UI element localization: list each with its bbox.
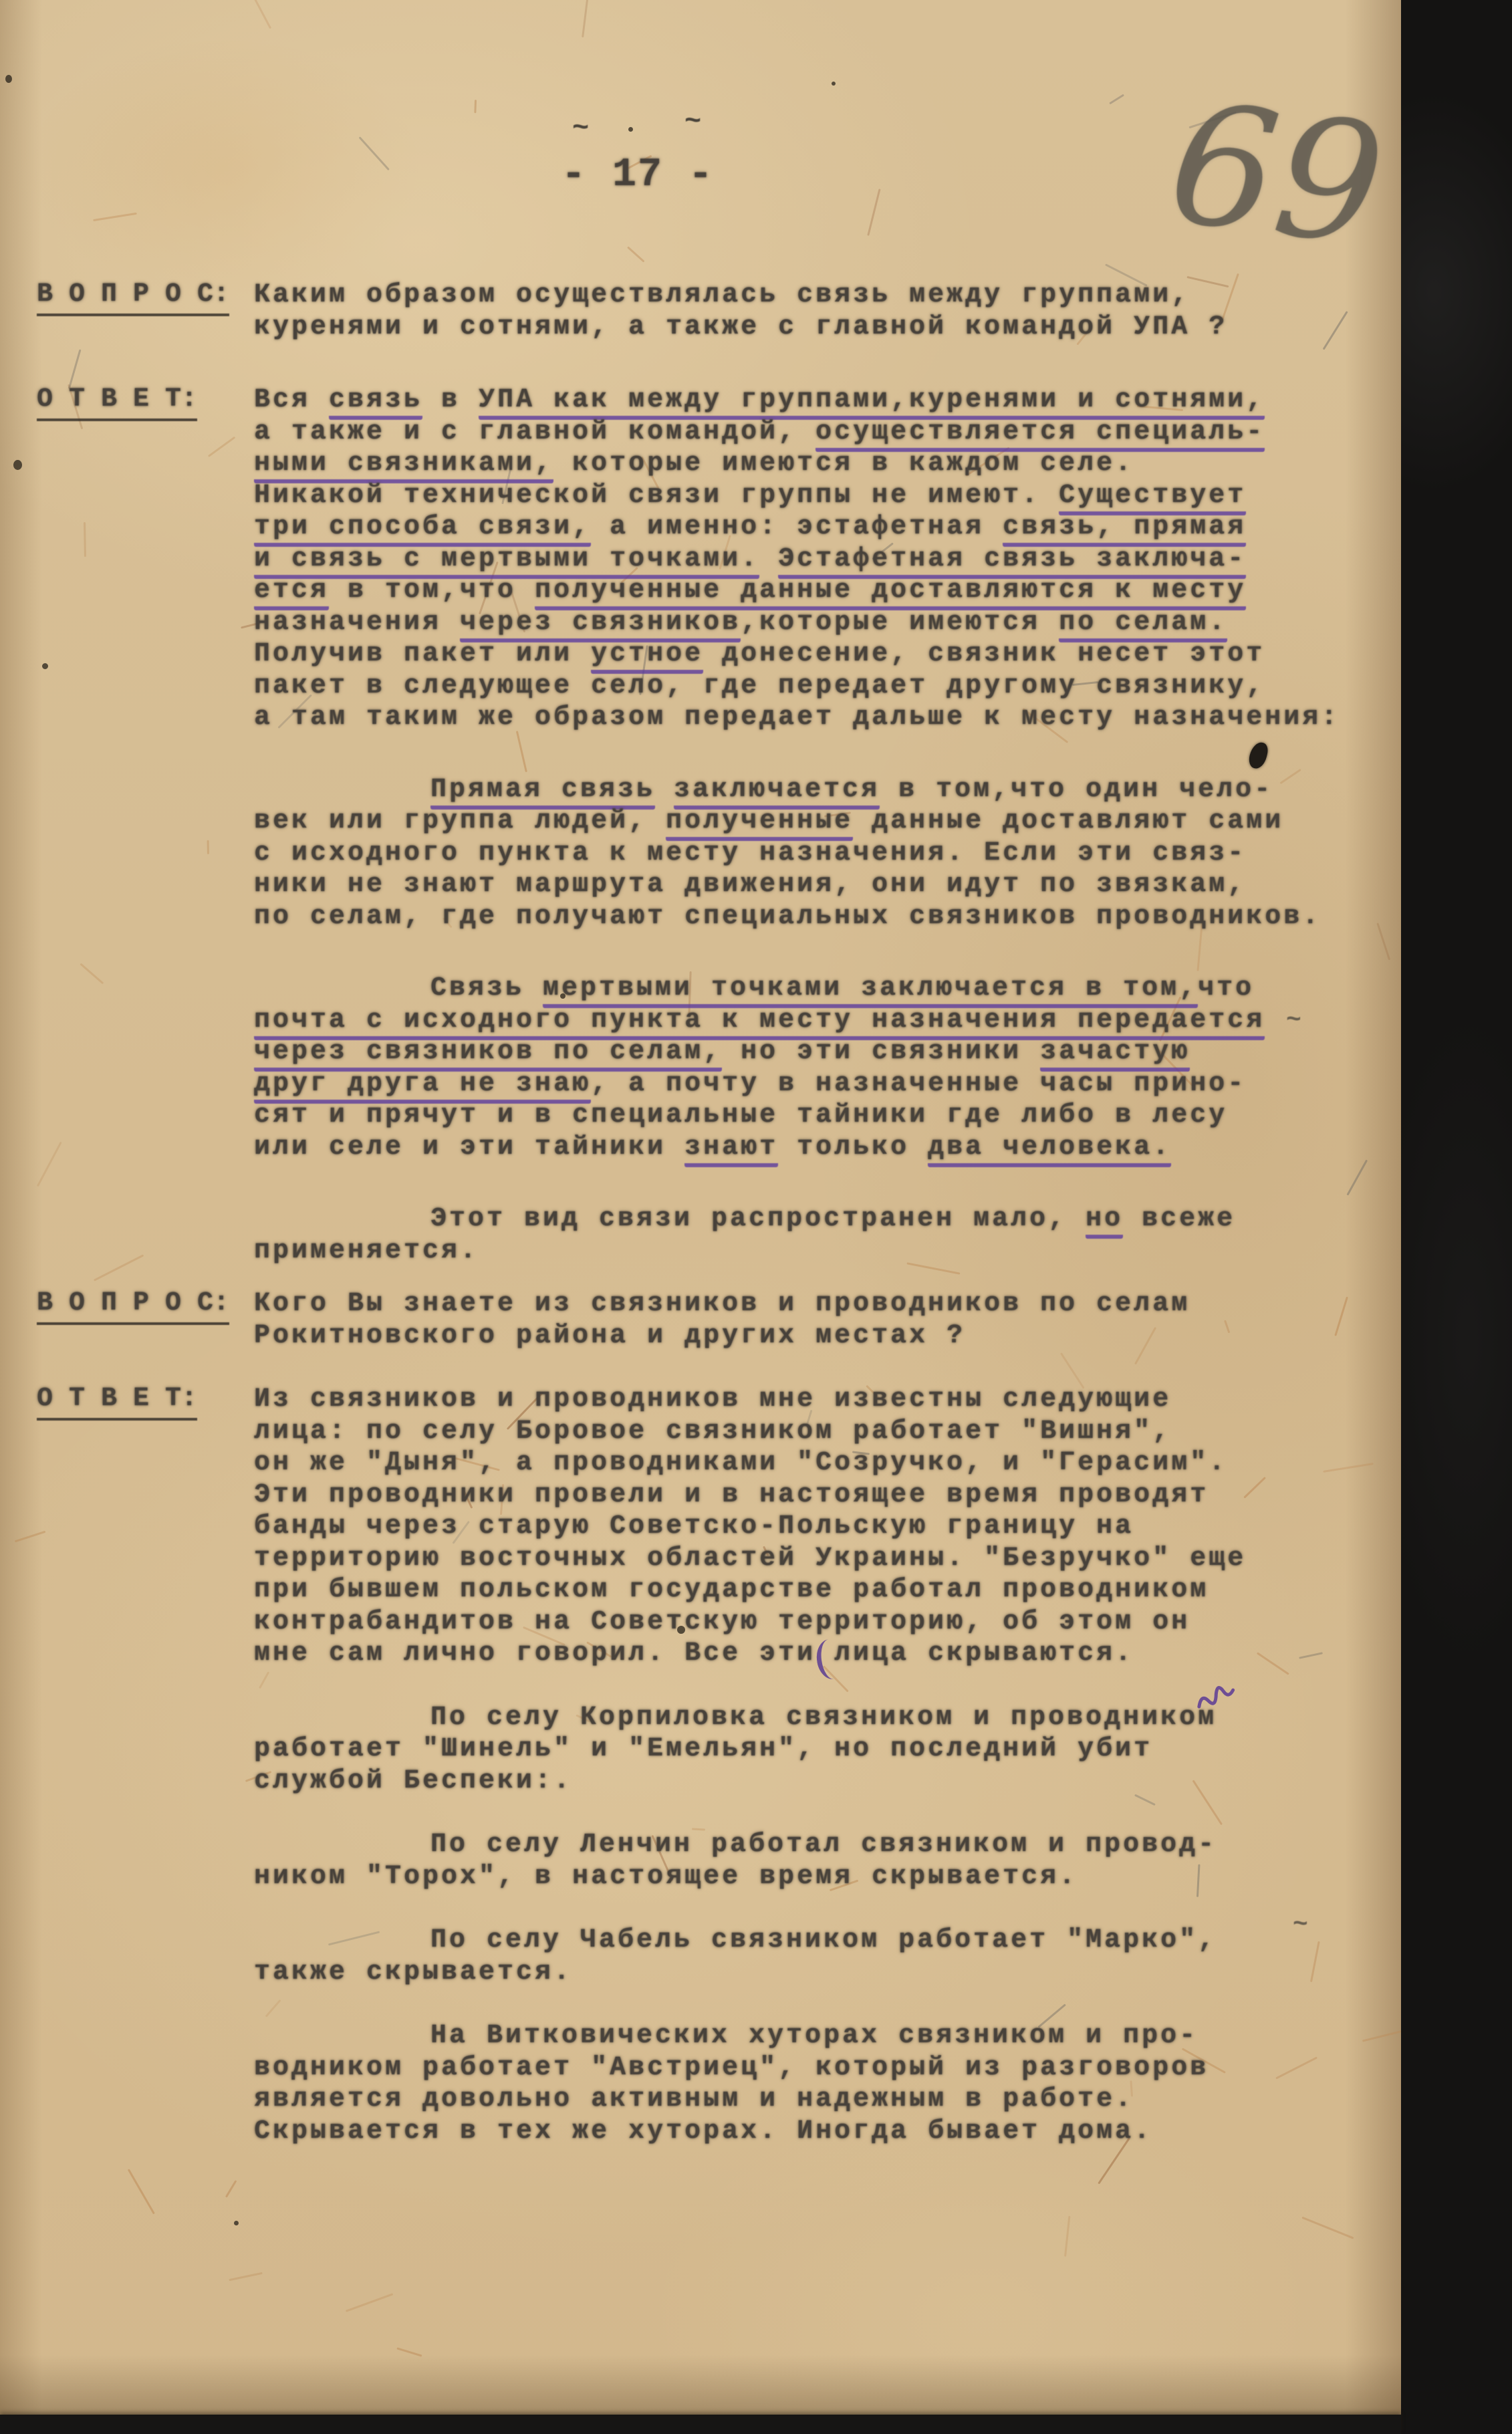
paper-sheet: ~ ~ - 17 - 69 В О П Р О С:Каким образом … xyxy=(0,0,1401,2415)
underlined-text: ными связниками, xyxy=(254,449,553,483)
typewritten-line: Получив пакет или устное донесение, связ… xyxy=(254,638,1365,671)
typewritten-line: Никакой технической связи группы не имею… xyxy=(254,480,1365,512)
text-run: , а почту в назначенные часы прино- xyxy=(591,1069,1246,1099)
underlined-text: мертвыми точками заключается в том, xyxy=(543,973,1198,1008)
text-run: лица: по селу Боровое связником работает… xyxy=(254,1417,1171,1447)
typewritten-line: три способа связи, а именно: эстафетная … xyxy=(254,511,1365,543)
paper-fiber xyxy=(582,0,589,37)
typewritten-line: ником "Торох", в настоящее время скрывае… xyxy=(254,1861,1365,1893)
answer-text: Вся связь в УПА как между группами,курен… xyxy=(254,384,1365,1267)
scanned-document-page: ~ ~ - 17 - 69 В О П Р О С:Каким образом … xyxy=(0,0,1512,2434)
underlined-text: через связников xyxy=(460,608,741,642)
text-run: по селам, где получают специальных связн… xyxy=(254,902,1321,932)
text-run: он же "Дыня", а проводниками "Созручко, … xyxy=(254,1448,1227,1478)
text-run: является довольно активным и надежным в … xyxy=(254,2084,1134,2114)
text-run: всеже xyxy=(1123,1204,1235,1234)
ink-speck xyxy=(677,1626,685,1634)
text-run: но эти связники xyxy=(722,1037,1040,1067)
underlined-text: Существует xyxy=(1059,481,1246,515)
text-run: а именно: эстафетная xyxy=(591,512,1003,542)
typewritten-line: территорию восточных областей Украины. "… xyxy=(254,1543,1365,1575)
paper-fiber xyxy=(397,2347,422,2356)
answer-section: О Т В Е Т:Вся связь в УПА как между груп… xyxy=(0,384,1401,1267)
question-label: В О П Р О С: xyxy=(37,279,229,316)
typewritten-line: По селу Чабель связником работает "Марко… xyxy=(254,1925,1365,1957)
paragraph: Этот вид связи распространен мало, но вс… xyxy=(254,1203,1365,1267)
question-text: Кого Вы знаете из связников и проводнико… xyxy=(254,1288,1365,1352)
typewritten-line: через связников по селам, но эти связник… xyxy=(254,1036,1365,1068)
text-run: данные доставляют сами xyxy=(853,806,1283,836)
question-label-column: В О П Р О С: xyxy=(0,1288,254,1325)
text-run: которые имеются в каждом селе. xyxy=(553,449,1134,479)
text-run: Из связников и проводников мне известны … xyxy=(254,1384,1171,1415)
typewritten-line: куренями и сотнями, а также с главной ко… xyxy=(254,312,1365,344)
text-run: Эти проводники провели и в настоящее вре… xyxy=(254,1480,1209,1510)
tilde-mark: ~ xyxy=(572,112,589,144)
underlined-text: ется xyxy=(254,576,329,610)
typewritten-line: Связь мертвыми точками заключается в том… xyxy=(254,973,1365,1005)
underlined-text: знают xyxy=(684,1132,778,1167)
text-run: а также и с главной командой, xyxy=(254,417,815,447)
typewritten-line: пакет в следующее село, где передает дру… xyxy=(254,671,1365,703)
text-run: применяется. xyxy=(254,1236,479,1266)
text-run: пакет в следующее село, где передает дру… xyxy=(254,671,1265,701)
underlined-text: Прямая связь xyxy=(430,775,655,810)
typewritten-line: лица: по селу Боровое связником работает… xyxy=(254,1416,1365,1448)
typewritten-line: ется в том,что полученные данные доставл… xyxy=(254,575,1365,607)
text-run xyxy=(759,544,778,574)
typewritten-line: назначения через связников,которые имеют… xyxy=(254,607,1365,639)
paragraph: Каким образом осуществлялась связь между… xyxy=(254,279,1365,343)
typewritten-line: На Витковических хуторах связником и про… xyxy=(254,2020,1365,2052)
tilde-mark: ~ xyxy=(684,106,701,138)
paper-fiber xyxy=(225,2180,237,2197)
paragraph: Прямая связь заключается в том,что один … xyxy=(254,774,1365,933)
underlined-text: зачастую xyxy=(1040,1037,1190,1072)
underlined-text: через связников по селам, xyxy=(254,1037,722,1072)
text-run: работает "Шинель" и "Емельян", но послед… xyxy=(254,1734,1152,1764)
text-run: По селу Корпиловка связником и проводник… xyxy=(430,1703,1217,1733)
underlined-text: связь xyxy=(329,385,422,420)
paragraph: Вся связь в УПА как между группами,курен… xyxy=(254,384,1365,734)
text-run: в том,что xyxy=(329,576,535,606)
answer-label-column: О Т В Е Т: xyxy=(0,1384,254,1421)
paragraph: Из связников и проводников мне известны … xyxy=(254,1384,1365,1670)
margin-tilde-mark: ~ xyxy=(1293,1911,1308,1939)
text-run: По селу Ленчин работал связником и прово… xyxy=(430,1830,1217,1860)
paragraph: По селу Корпиловка связником и проводник… xyxy=(254,1702,1365,1798)
text-run: территорию восточных областей Украины. "… xyxy=(254,1544,1246,1574)
paragraph: По селу Чабель связником работает "Марко… xyxy=(254,1925,1365,1988)
paragraph: Связь мертвыми точками заключается в том… xyxy=(254,973,1365,1163)
typewritten-line: Из связников и проводников мне известны … xyxy=(254,1384,1365,1416)
text-run: сят и прячут и в специальные тайники где… xyxy=(254,1100,1227,1130)
typewritten-line: Скрывается в тех же хуторах. Иногда быва… xyxy=(254,2116,1365,2148)
text-run: Связь xyxy=(430,973,543,1003)
typewritten-line: Эти проводники провели и в настоящее вре… xyxy=(254,1479,1365,1511)
typewritten-line: По селу Ленчин работал связником и прово… xyxy=(254,1829,1365,1861)
paper-fiber xyxy=(229,2272,263,2281)
typewritten-line: ники не знают маршрута движения, они иду… xyxy=(254,869,1365,901)
typewritten-line: службой Беспеки:. xyxy=(254,1766,1365,1798)
ink-speck xyxy=(832,82,836,86)
underlined-text: устное xyxy=(591,639,703,674)
text-run: а там таким же образом передает дальше к… xyxy=(254,703,1340,733)
typewritten-line: по селам, где получают специальных связн… xyxy=(254,901,1365,933)
text-run: ником "Торох", в настоящее время скрывае… xyxy=(254,1862,1078,1892)
text-run: Получив пакет или xyxy=(254,639,591,669)
typewritten-line: банды через старую Советско-Польскую гра… xyxy=(254,1511,1365,1543)
text-run: в xyxy=(422,385,479,415)
paragraph: На Витковических хуторах связником и про… xyxy=(254,2020,1365,2147)
typewritten-line: при бывшем польском государстве работал … xyxy=(254,1574,1365,1606)
ink-speck xyxy=(560,993,565,999)
paper-fiber xyxy=(345,2294,392,2312)
answer-text: Из связников и проводников мне известны … xyxy=(254,1384,1365,2147)
paper-fiber xyxy=(128,2169,155,2214)
text-run: банды через старую Советско-Польскую гра… xyxy=(254,1511,1134,1542)
typewritten-line: водником работает "Австриец", который из… xyxy=(254,2052,1365,2084)
paper-fiber xyxy=(475,100,477,113)
paper-fiber xyxy=(627,247,644,263)
scan-edge-right xyxy=(1401,0,1512,2434)
typewritten-line: Прямая связь заключается в том,что один … xyxy=(254,774,1365,806)
paragraph: Кого Вы знаете из связников и проводнико… xyxy=(254,1288,1365,1352)
typewritten-line: почта с исходного пункта к месту назначе… xyxy=(254,1005,1365,1037)
handwritten-page-number: 69 xyxy=(1160,67,1393,283)
text-run: с исходного пункта к месту назначения. Е… xyxy=(254,838,1246,868)
text-run: мне сам лично говорил. Все эти лица скры… xyxy=(254,1638,1134,1669)
answer-label: О Т В Е Т: xyxy=(37,384,197,421)
paper-fiber xyxy=(250,0,271,29)
text-run: донесение, связник несет этот xyxy=(703,639,1265,669)
typewritten-line: Этот вид связи распространен мало, но вс… xyxy=(254,1203,1365,1235)
typewritten-line: а также и с главной командой, осуществля… xyxy=(254,416,1365,449)
paper-fiber xyxy=(867,189,880,236)
typewritten-line: также скрывается. xyxy=(254,1957,1365,1989)
paper-fiber xyxy=(1301,2216,1353,2238)
paragraph: По селу Ленчин работал связником и прово… xyxy=(254,1829,1365,1893)
underlined-text: связь, прямая xyxy=(1003,512,1246,547)
typewritten-line: мне сам лично говорил. Все эти лица скры… xyxy=(254,1638,1365,1670)
question-text: Каким образом осуществлялась связь между… xyxy=(254,279,1365,343)
typewritten-line: сят и прячут и в специальные тайники где… xyxy=(254,1100,1365,1132)
typewritten-line: век или группа людей, полученные данные … xyxy=(254,806,1365,838)
text-run: Вся xyxy=(254,385,329,415)
text-run: только xyxy=(778,1132,928,1163)
underlined-text: Эстафетная связь заключа- xyxy=(778,544,1246,579)
typewritten-line: он же "Дыня", а проводниками "Созручко, … xyxy=(254,1447,1365,1479)
text-run: водником работает "Австриец", который из… xyxy=(254,2053,1209,2083)
text-run: По селу Чабель связником работает "Марко… xyxy=(430,1925,1217,1955)
underlined-text: УПА как между группами,куренями и сотням… xyxy=(479,385,1265,420)
text-run: при бывшем польском государстве работал … xyxy=(254,1575,1209,1605)
ink-speck xyxy=(5,75,12,83)
typewritten-line: Рокитновского района и других местах ? xyxy=(254,1320,1365,1352)
underlined-text: почта с исходного пункта к месту назначе… xyxy=(254,1005,1265,1040)
ink-speck xyxy=(42,663,48,669)
text-run: службой Беспеки:. xyxy=(254,1766,572,1796)
typewritten-line: Вся связь в УПА как между группами,курен… xyxy=(254,384,1365,416)
text-run: Каким образом осуществлялась связь между… xyxy=(254,280,1190,310)
text-run: Скрывается в тех же хуторах. Иногда быва… xyxy=(254,2116,1152,2147)
answer-label-column: О Т В Е Т: xyxy=(0,384,254,421)
typewritten-line: ными связниками, которые имеются в каждо… xyxy=(254,448,1365,480)
typewritten-line: работает "Шинель" и "Емельян", но послед… xyxy=(254,1733,1365,1766)
text-run: век или группа людей, xyxy=(254,806,666,836)
typewritten-line: или селе и эти тайники знают только два … xyxy=(254,1132,1365,1164)
typewritten-line: Кого Вы знаете из связников и проводнико… xyxy=(254,1288,1365,1320)
text-run: в том,что один чело- xyxy=(880,775,1273,805)
question-section: В О П Р О С:Каким образом осуществлялась… xyxy=(0,279,1401,343)
question-label-column: В О П Р О С: xyxy=(0,279,254,316)
underlined-text: но xyxy=(1086,1204,1123,1239)
text-run: также скрывается. xyxy=(254,1957,572,1987)
text-run: Никакой технической связи группы не имею… xyxy=(254,481,1059,511)
typewritten-line: друг друга не знаю, а почту в назначенны… xyxy=(254,1068,1365,1100)
text-run: На Витковических хуторах связником и про… xyxy=(430,2021,1198,2051)
text-run: Рокитновского района и других местах ? xyxy=(254,1321,965,1351)
text-run: или селе и эти тайники xyxy=(254,1132,684,1163)
underlined-text: полученные xyxy=(666,806,853,841)
underlined-text: заключается xyxy=(674,775,880,810)
ink-speck xyxy=(234,2221,239,2225)
text-run: что xyxy=(1198,973,1254,1003)
page-number: - 17 - xyxy=(561,152,714,198)
paper-fiber xyxy=(93,213,136,221)
scan-edge-bottom xyxy=(0,2415,1401,2434)
answer-section: О Т В Е Т:Из связников и проводников мне… xyxy=(0,1384,1401,2147)
typewritten-line: с исходного пункта к месту назначения. Е… xyxy=(254,838,1365,870)
ink-speck xyxy=(13,460,22,470)
underlined-text: и связь с мертвыми точками. xyxy=(254,544,759,579)
typewritten-line: применяется. xyxy=(254,1235,1365,1267)
ink-speck xyxy=(628,127,633,132)
underlined-text: друг друга не знаю xyxy=(254,1069,591,1104)
text-run: ,которые имеются xyxy=(741,608,1059,638)
underlined-text: два человека. xyxy=(928,1132,1171,1167)
text-run: контрабандитов на Советскую территорию, … xyxy=(254,1607,1190,1637)
typewritten-line: и связь с мертвыми точками. Эстафетная с… xyxy=(254,543,1365,576)
paper-fiber xyxy=(1064,2216,1070,2257)
answer-label: О Т В Е Т: xyxy=(37,1384,197,1421)
paper-fiber xyxy=(1109,94,1124,104)
text-run: Этот вид связи распространен мало, xyxy=(430,1204,1086,1234)
typewritten-line: является довольно активным и надежным в … xyxy=(254,2084,1365,2116)
underlined-text: осуществляется специаль- xyxy=(815,417,1265,452)
qa-sections: В О П Р О С:Каким образом осуществлялась… xyxy=(0,279,1401,2147)
typewritten-line: контрабандитов на Советскую территорию, … xyxy=(254,1606,1365,1638)
question-section: В О П Р О С:Кого Вы знаете из связников … xyxy=(0,1288,1401,1352)
text-run: куренями и сотнями, а также с главной ко… xyxy=(254,312,1227,342)
underlined-text: три способа связи, xyxy=(254,512,591,547)
question-label: В О П Р О С: xyxy=(37,1288,229,1325)
text-run: назначения xyxy=(254,608,460,638)
typewritten-line: а там таким же образом передает дальше к… xyxy=(254,702,1365,734)
margin-tilde-mark: ~ xyxy=(1286,1006,1301,1035)
typewritten-line: Каким образом осуществлялась связь между… xyxy=(254,279,1365,312)
paper-fiber xyxy=(359,136,390,170)
text-run xyxy=(655,775,674,805)
text-run: ники не знают маршрута движения, они иду… xyxy=(254,870,1246,900)
underlined-text: полученные данные доставляются к месту xyxy=(535,576,1246,610)
text-run: Кого Вы знаете из связников и проводнико… xyxy=(254,1289,1190,1319)
underlined-text: по селам. xyxy=(1059,608,1227,642)
